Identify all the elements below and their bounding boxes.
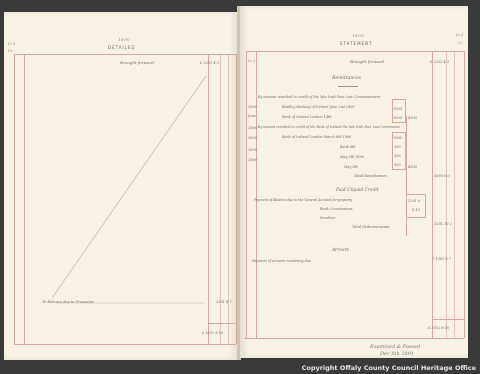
side-date-3: 1890	[248, 126, 257, 130]
payment-line-1: Payment of Balance due to the General Ac…	[254, 198, 352, 202]
arrears-heading: Arrears	[332, 248, 349, 253]
left-total-amount: £ 3552 8 10	[202, 331, 223, 335]
payment-amount-1: 1201 0	[408, 199, 420, 203]
paid-unpaid-heading: Paid Unpaid Credit	[336, 188, 379, 193]
right-shillings-rule	[446, 51, 447, 338]
remittances-heading: Remittances	[332, 76, 361, 81]
remittance-subtotal-1: 4500	[408, 116, 417, 120]
right-pounds-rule	[432, 51, 433, 338]
right-date-col-header: £s d	[248, 59, 255, 63]
right-date-rule	[256, 51, 257, 338]
audit-signature: Examined & Passed	[370, 344, 420, 350]
remittance-line-4: By amount remitted to credit of the Bank…	[258, 125, 400, 129]
right-corner-currency: £s d	[456, 33, 463, 37]
right-year: 1890	[352, 33, 364, 38]
payment-line-2: Bank Commissions	[320, 207, 353, 211]
remittance-subtotal-2: 4500	[408, 165, 417, 169]
audit-date: Dec 8th 1891	[380, 351, 414, 357]
payment-box	[406, 194, 426, 218]
right-brought-forward-amount: £ 2251 4 3	[430, 60, 449, 64]
right-margin-rule	[246, 51, 247, 338]
remittance-amount-3: 1000	[393, 116, 402, 120]
payment-line-3: Sundries	[320, 216, 335, 220]
left-balance-label: To Balance due to Treasurer	[42, 300, 94, 304]
right-bottom-rule	[244, 338, 464, 339]
side-date-6: 1890	[248, 158, 257, 162]
right-right-rule	[464, 51, 465, 338]
remittances-total: 5000 0 0	[434, 174, 450, 178]
total-remittances-label: Total Remittances	[354, 174, 387, 178]
disbursements-total: 1201 10 2	[434, 222, 452, 226]
right-brought-forward-label: Brought forward	[350, 59, 384, 64]
remittance-line-6: Bank 6th	[340, 145, 356, 149]
right-page-title: STATEMENT	[340, 41, 372, 46]
total-disbursements-label: Total Disbursements	[352, 225, 389, 229]
side-date-2: June	[248, 114, 256, 118]
remittances-underline	[338, 86, 358, 87]
side-date-5: 1890	[248, 148, 257, 152]
right-total-amount: £ 3552 8 10	[428, 326, 449, 330]
remittance-amount-6: 500	[394, 145, 401, 149]
right-corner-credit: Cr.	[458, 41, 463, 45]
right-subtotal-rule	[406, 116, 407, 236]
arrears-line: Payment of arrears remaining due	[252, 259, 311, 263]
remittance-amount-7: 500	[394, 154, 401, 158]
remittance-line-2: Bradley Banking of Ireland June 2nd 1890	[282, 105, 355, 109]
remittance-line-5: Bank of Ireland London March 8th 1890	[282, 135, 351, 139]
payment-amount-2: 0 10	[412, 208, 420, 212]
remittance-line-3: Bank of Ireland London 14th	[282, 115, 332, 119]
remittance-line-8: May 8th	[344, 165, 358, 169]
remittance-amount-2: 1000	[393, 107, 402, 111]
side-date-1: 1890	[248, 105, 257, 109]
arrears-total: 1 1301 4 7	[432, 257, 451, 261]
cancellation-diagonal-line	[4, 12, 238, 360]
left-ledger-page: £s d Dr. 1890 DETAILED Brought forward £…	[4, 12, 238, 360]
left-balance-amount: 1301 4 7	[216, 300, 232, 304]
remittance-line-1: By amount remitted to credit of the late…	[258, 95, 380, 99]
right-ledger-page: 1890 STATEMENT £s d Cr. £s d Brought for…	[240, 6, 468, 358]
right-total-rule	[432, 319, 464, 320]
right-pence-rule	[454, 51, 455, 338]
remittance-amount-5: 1000	[393, 136, 402, 140]
copyright-watermark: Copyright Offaly County Council Heritage…	[302, 364, 476, 372]
remittance-line-7: May 5th 1890	[340, 155, 364, 159]
remittance-amount-8: 500	[394, 163, 401, 167]
side-date-4: 1890	[248, 136, 257, 140]
